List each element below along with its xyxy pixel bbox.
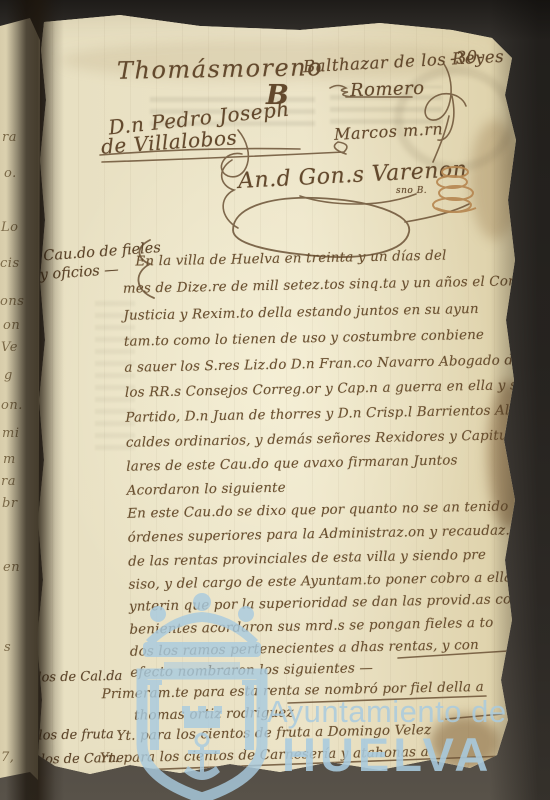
manuscript-line: siso, y del cargo de este Ayuntam.to pon… xyxy=(128,570,519,592)
manuscript-line: Partido, D.n Juan de thorres y D.n Crisp… xyxy=(125,403,509,425)
manuscript-line: órdenes superiores para la Administraz.o… xyxy=(128,523,528,546)
manuscript-line: En la villa de Huelva en treinta y un dí… xyxy=(135,249,446,270)
manuscript-line: lares de este Cau.do que avaxo firmaran … xyxy=(126,453,458,474)
watermark-org-text: Ayuntamiento de xyxy=(267,694,507,730)
huelva-coat-of-arms-watermark-icon xyxy=(126,592,278,800)
page-fold-shadow xyxy=(6,0,64,800)
manuscript-line: caldes ordinarios, y demás señores Rexid… xyxy=(126,428,508,450)
manuscript-line: mes de Dize.re de mill setez.tos sinq.ta… xyxy=(123,274,545,297)
manuscript-line: Acordaron lo siguiente xyxy=(127,481,286,499)
background-shadow-right xyxy=(490,0,550,800)
manuscript-line: Justicia y Rexim.to della estando juntos… xyxy=(123,302,479,324)
manuscript-line: tam.to como lo tienen de uso y costumbre… xyxy=(124,328,484,350)
manuscript-line: En este Cau.do se dixo que por quanto no… xyxy=(127,499,508,521)
manuscript-photo: ra o. Lo cis ons on Ve g on. mi m ra br … xyxy=(0,0,550,800)
manuscript-line: de las rentas provinciales de esta villa… xyxy=(128,548,486,570)
manuscript-line: a sauer los S.res Liz.do D.n Fran.co Nav… xyxy=(124,353,521,376)
watermark-city-text: HUELVA xyxy=(282,727,492,782)
manuscript-line: los RR.s Consejos Correg.or y Cap.n a gu… xyxy=(125,378,526,401)
